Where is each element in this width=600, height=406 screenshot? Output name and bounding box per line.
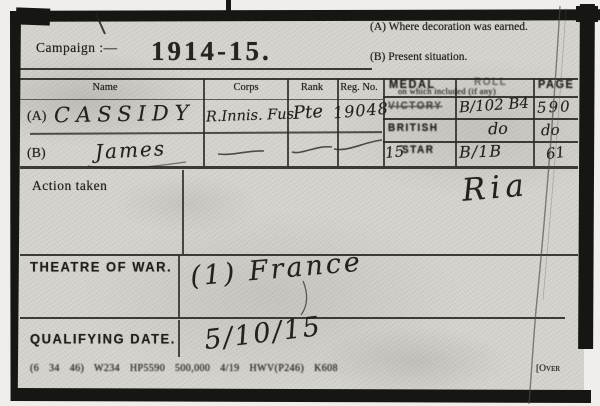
row-a-rank-value: Pte <box>292 101 323 124</box>
row-b-prefix: (B) <box>27 146 46 162</box>
campaign-value: 1914-15. <box>151 36 272 67</box>
column-header-reg-no: Reg. No. <box>336 82 382 93</box>
rule-action-divider <box>182 170 184 254</box>
rule-campaign-underline <box>20 68 372 70</box>
campaign-label: Campaign :— <box>36 40 118 56</box>
column-header-rank: Rank <box>290 82 334 93</box>
medal-header-page: PAGE <box>538 79 574 92</box>
card-border-corner-tr <box>576 6 598 22</box>
card-border-bottom <box>13 388 591 403</box>
rule-qualifying-divider <box>178 320 180 357</box>
medal-index-card-scan: (A) Where decoration was earned. (B) Pre… <box>0 0 600 406</box>
rule-theatre-divider <box>178 256 180 317</box>
rule-col-name-corps <box>203 78 205 166</box>
row-b-name-value: James <box>94 136 166 164</box>
card-border-top <box>30 9 600 21</box>
medal-row-star-label: STAR <box>402 145 434 157</box>
medal-row-british-roll: do <box>488 119 509 139</box>
form-print-code: (6 34 46) W234 HP5590 500,000 4/19 HWV(P… <box>30 363 338 374</box>
row-a-prefix: (A) <box>27 109 46 125</box>
column-header-corps: Corps <box>210 82 282 93</box>
medal-row-star-roll: B/1B <box>459 141 503 161</box>
medal-row-victory-page: 590 <box>537 97 573 117</box>
medal-header-roll-note: on which included (if any) <box>398 86 496 96</box>
row-a-name-value: CASSIDY <box>54 101 195 127</box>
action-annotation: Ria <box>461 167 531 209</box>
rule-roll-page-divider <box>533 78 535 166</box>
annotation-present-situation: (B) Present situation. <box>370 51 467 63</box>
medal-row-british-label: BRITISH <box>388 123 439 135</box>
annotation-where-decoration: (A) Where decoration was earned. <box>370 21 528 33</box>
card-border-right <box>578 4 595 349</box>
action-taken-label: Action taken <box>32 178 107 194</box>
medal-row-star-page: 61 <box>545 143 566 163</box>
rule-header-underline <box>20 99 383 100</box>
over-label: [Over <box>536 364 560 374</box>
qualifying-date-label: QUALIFYING DATE. <box>30 331 176 347</box>
rule-medal-row1-bottom <box>383 118 578 120</box>
theatre-of-war-label: THEATRE OF WAR. <box>30 259 172 275</box>
row-a-corps-value: R.Innis. Fus <box>206 106 295 125</box>
top-edge-mark <box>226 0 231 13</box>
column-header-name: Name <box>60 82 150 93</box>
rule-table-bottom <box>20 166 578 169</box>
medal-row-british-page: do <box>541 121 560 140</box>
medal-row-victory-label: VICTORY <box>388 101 442 113</box>
